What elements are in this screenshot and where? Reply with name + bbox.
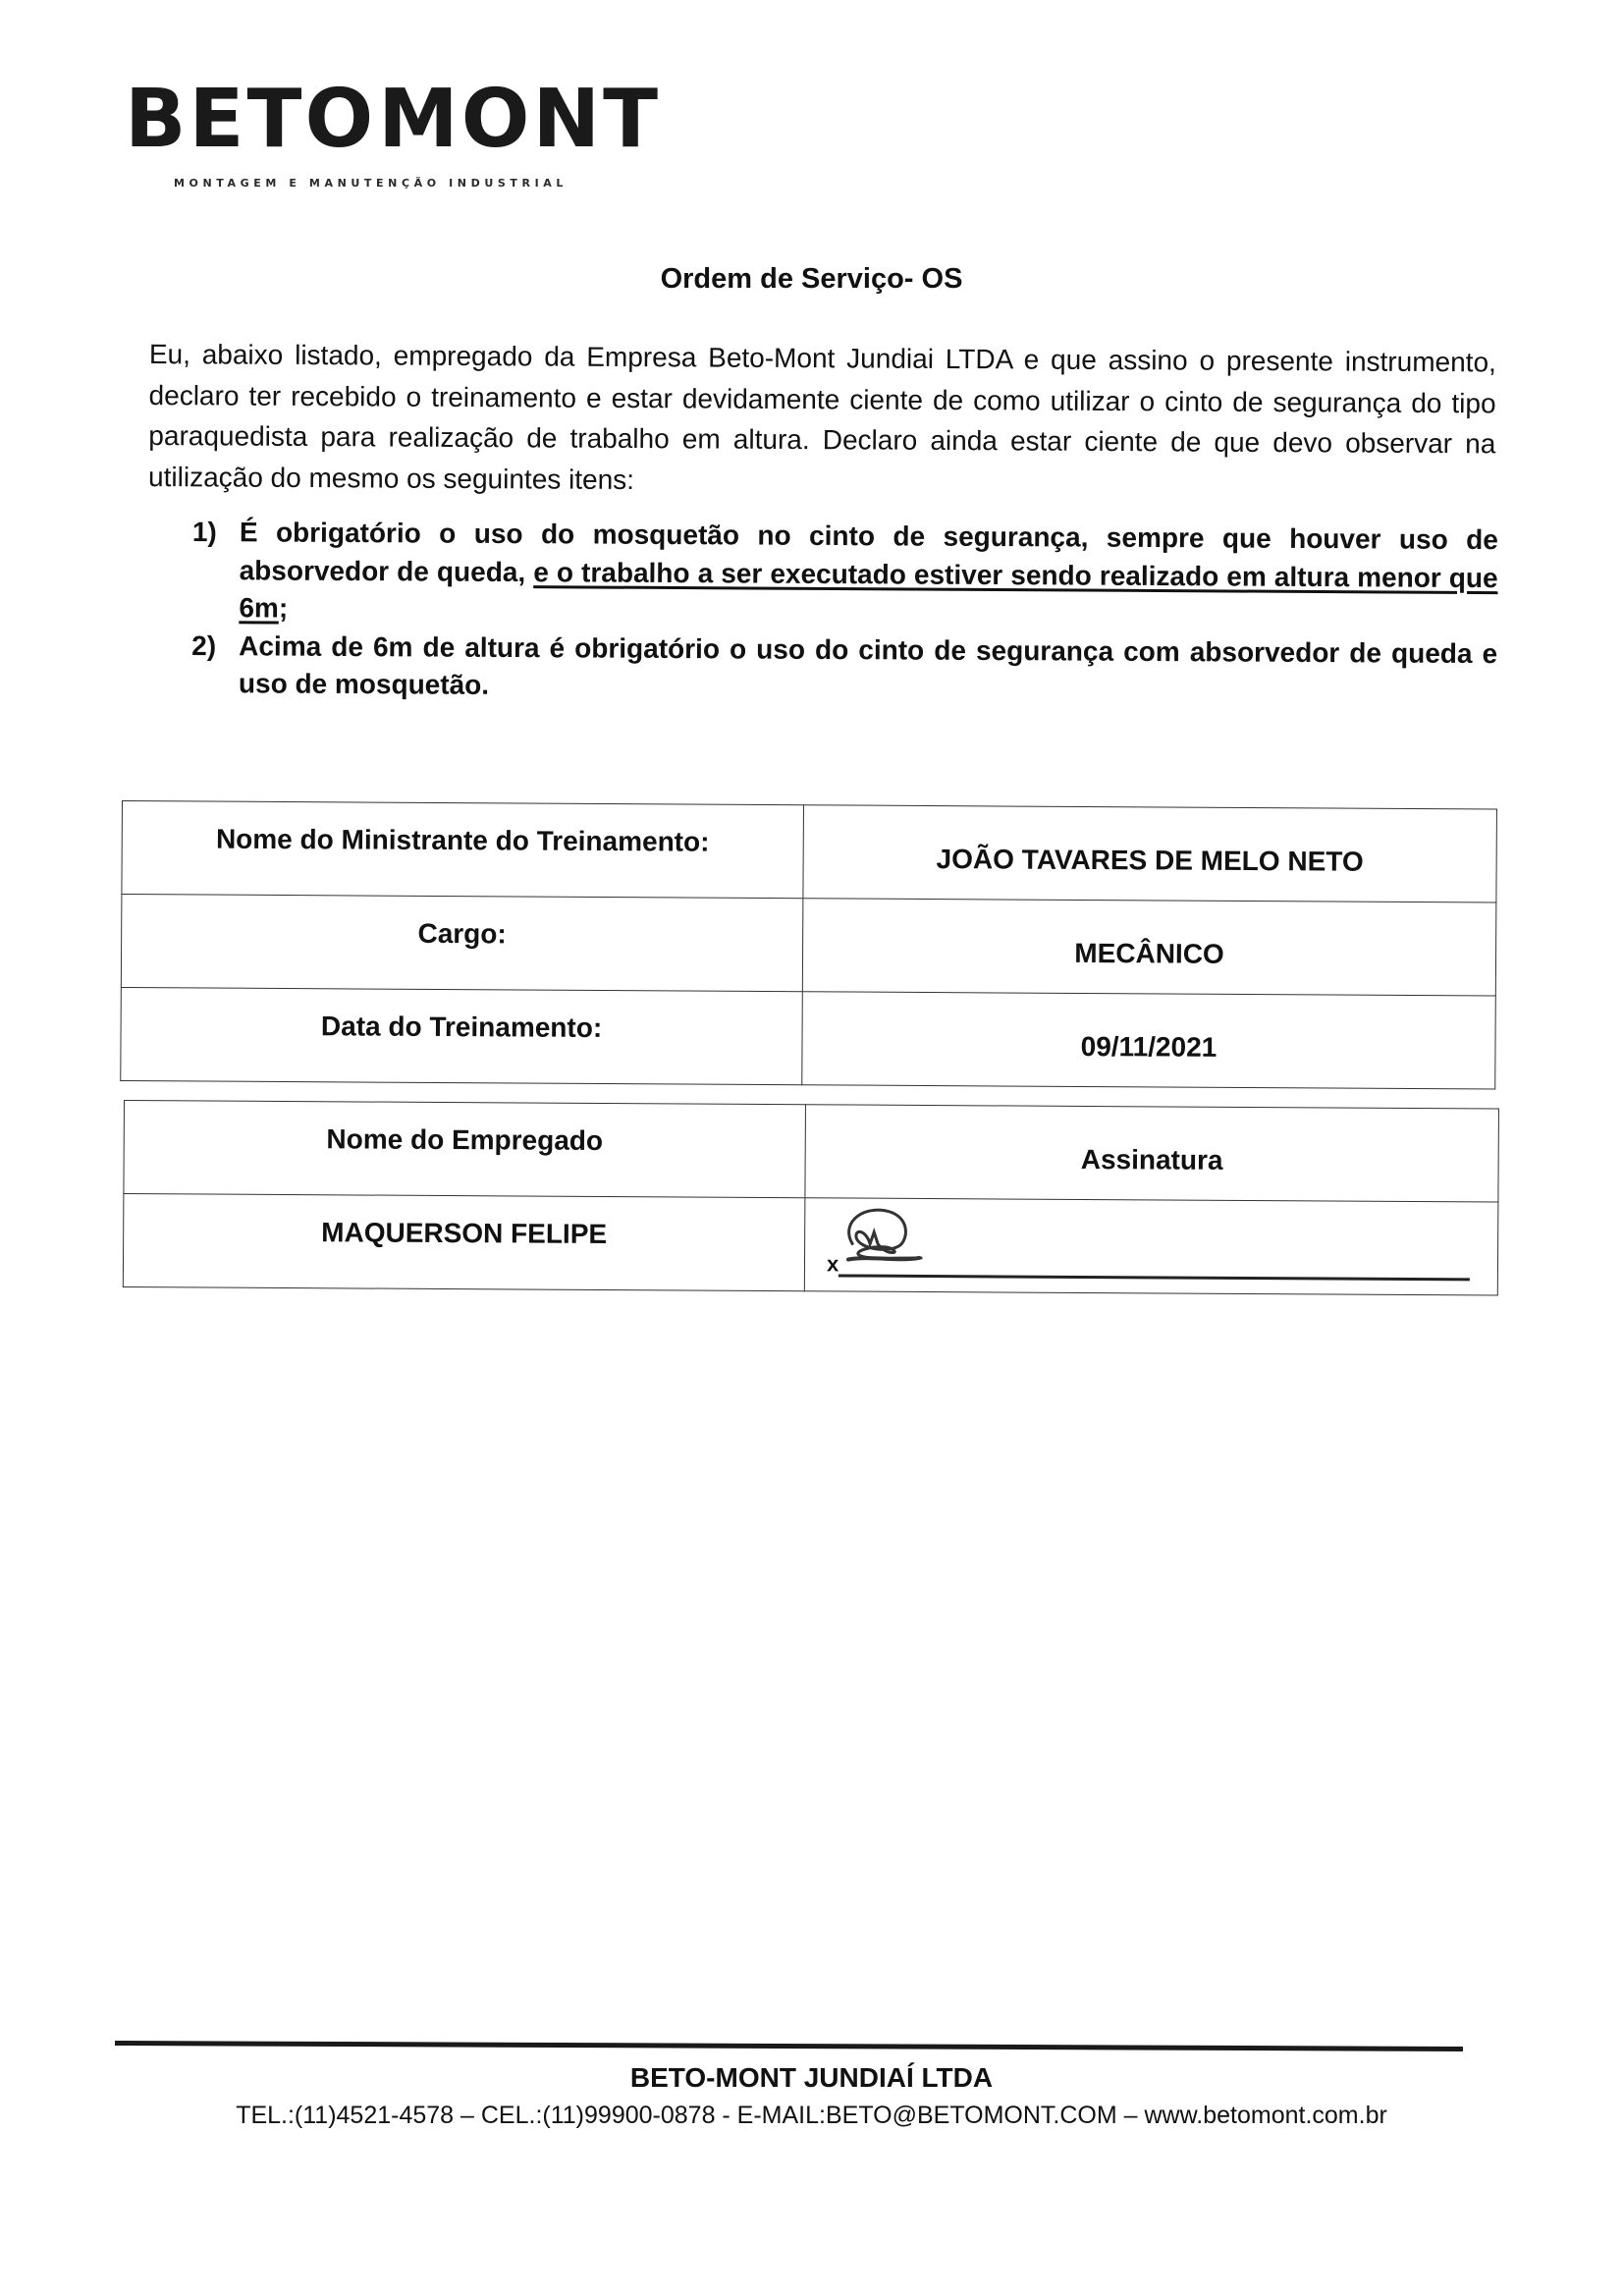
table-header-row: Nome do Empregado Assinatura (124, 1101, 1499, 1203)
signature-line (839, 1274, 1470, 1281)
training-date-value: 09/11/2021 (802, 992, 1496, 1089)
rule-text: É obrigatório o uso do mosquetão no cint… (239, 514, 1498, 634)
intro-paragraph: Eu, abaixo listado, empregado da Empresa… (148, 334, 1496, 505)
training-info-table: Nome do Ministrante do Treinamento: JOÃO… (120, 800, 1497, 1090)
role-label: Cargo: (121, 895, 803, 992)
logo-text-mont: MONT (378, 81, 661, 159)
instructor-name-label: Nome do Ministrante do Treinamento: (122, 801, 804, 899)
table-row: Data do Treinamento: 09/11/2021 (121, 987, 1496, 1089)
rule-text: Acima de 6m de altura é obrigatório o us… (239, 628, 1497, 711)
role-value: MECÂNICO (802, 899, 1496, 996)
logo-tagline: MONTAGEM E MANUTENÇÃO INDUSTRIAL (125, 177, 591, 190)
rules-list: 1) É obrigatório o uso do mosquetão no c… (191, 514, 1498, 711)
company-logo: BETOMONT MONTAGEM E MANUTENÇÃO INDUSTRIA… (125, 81, 591, 190)
rule-item: 2) Acima de 6m de altura é obrigatório o… (191, 627, 1497, 710)
employee-signature-table: Nome do Empregado Assinatura MAQUERSON F… (123, 1100, 1499, 1296)
document-title: Ordem de Serviço- OS (0, 263, 1623, 296)
footer-contact-info: TEL.:(11)4521-4578 – CEL.:(11)99900-0878… (0, 2102, 1623, 2130)
employee-name-value: MAQUERSON FELIPE (123, 1194, 805, 1291)
logo-text-beto: BETO (125, 81, 376, 159)
footer-divider (115, 2041, 1463, 2051)
instructor-name-value: JOÃO TAVARES DE MELO NETO (803, 805, 1497, 902)
table-row: MAQUERSON FELIPE x (123, 1194, 1498, 1296)
employee-name-header: Nome do Empregado (124, 1101, 806, 1198)
training-date-label: Data do Treinamento: (121, 987, 803, 1084)
table-row: Cargo: MECÂNICO (121, 895, 1496, 997)
handwritten-signature-icon (831, 1204, 1007, 1268)
rule-number: 1) (191, 514, 240, 628)
signature-header: Assinatura (805, 1105, 1499, 1202)
logo-wordmark: BETOMONT (125, 81, 591, 159)
footer-company-name: BETO-MONT JUNDIAÍ LTDA (0, 2062, 1623, 2094)
rule-item: 1) É obrigatório o uso do mosquetão no c… (191, 514, 1498, 635)
signature-field[interactable]: x (804, 1198, 1498, 1295)
table-row: Nome do Ministrante do Treinamento: JOÃO… (122, 801, 1497, 903)
rule-number: 2) (191, 627, 239, 702)
